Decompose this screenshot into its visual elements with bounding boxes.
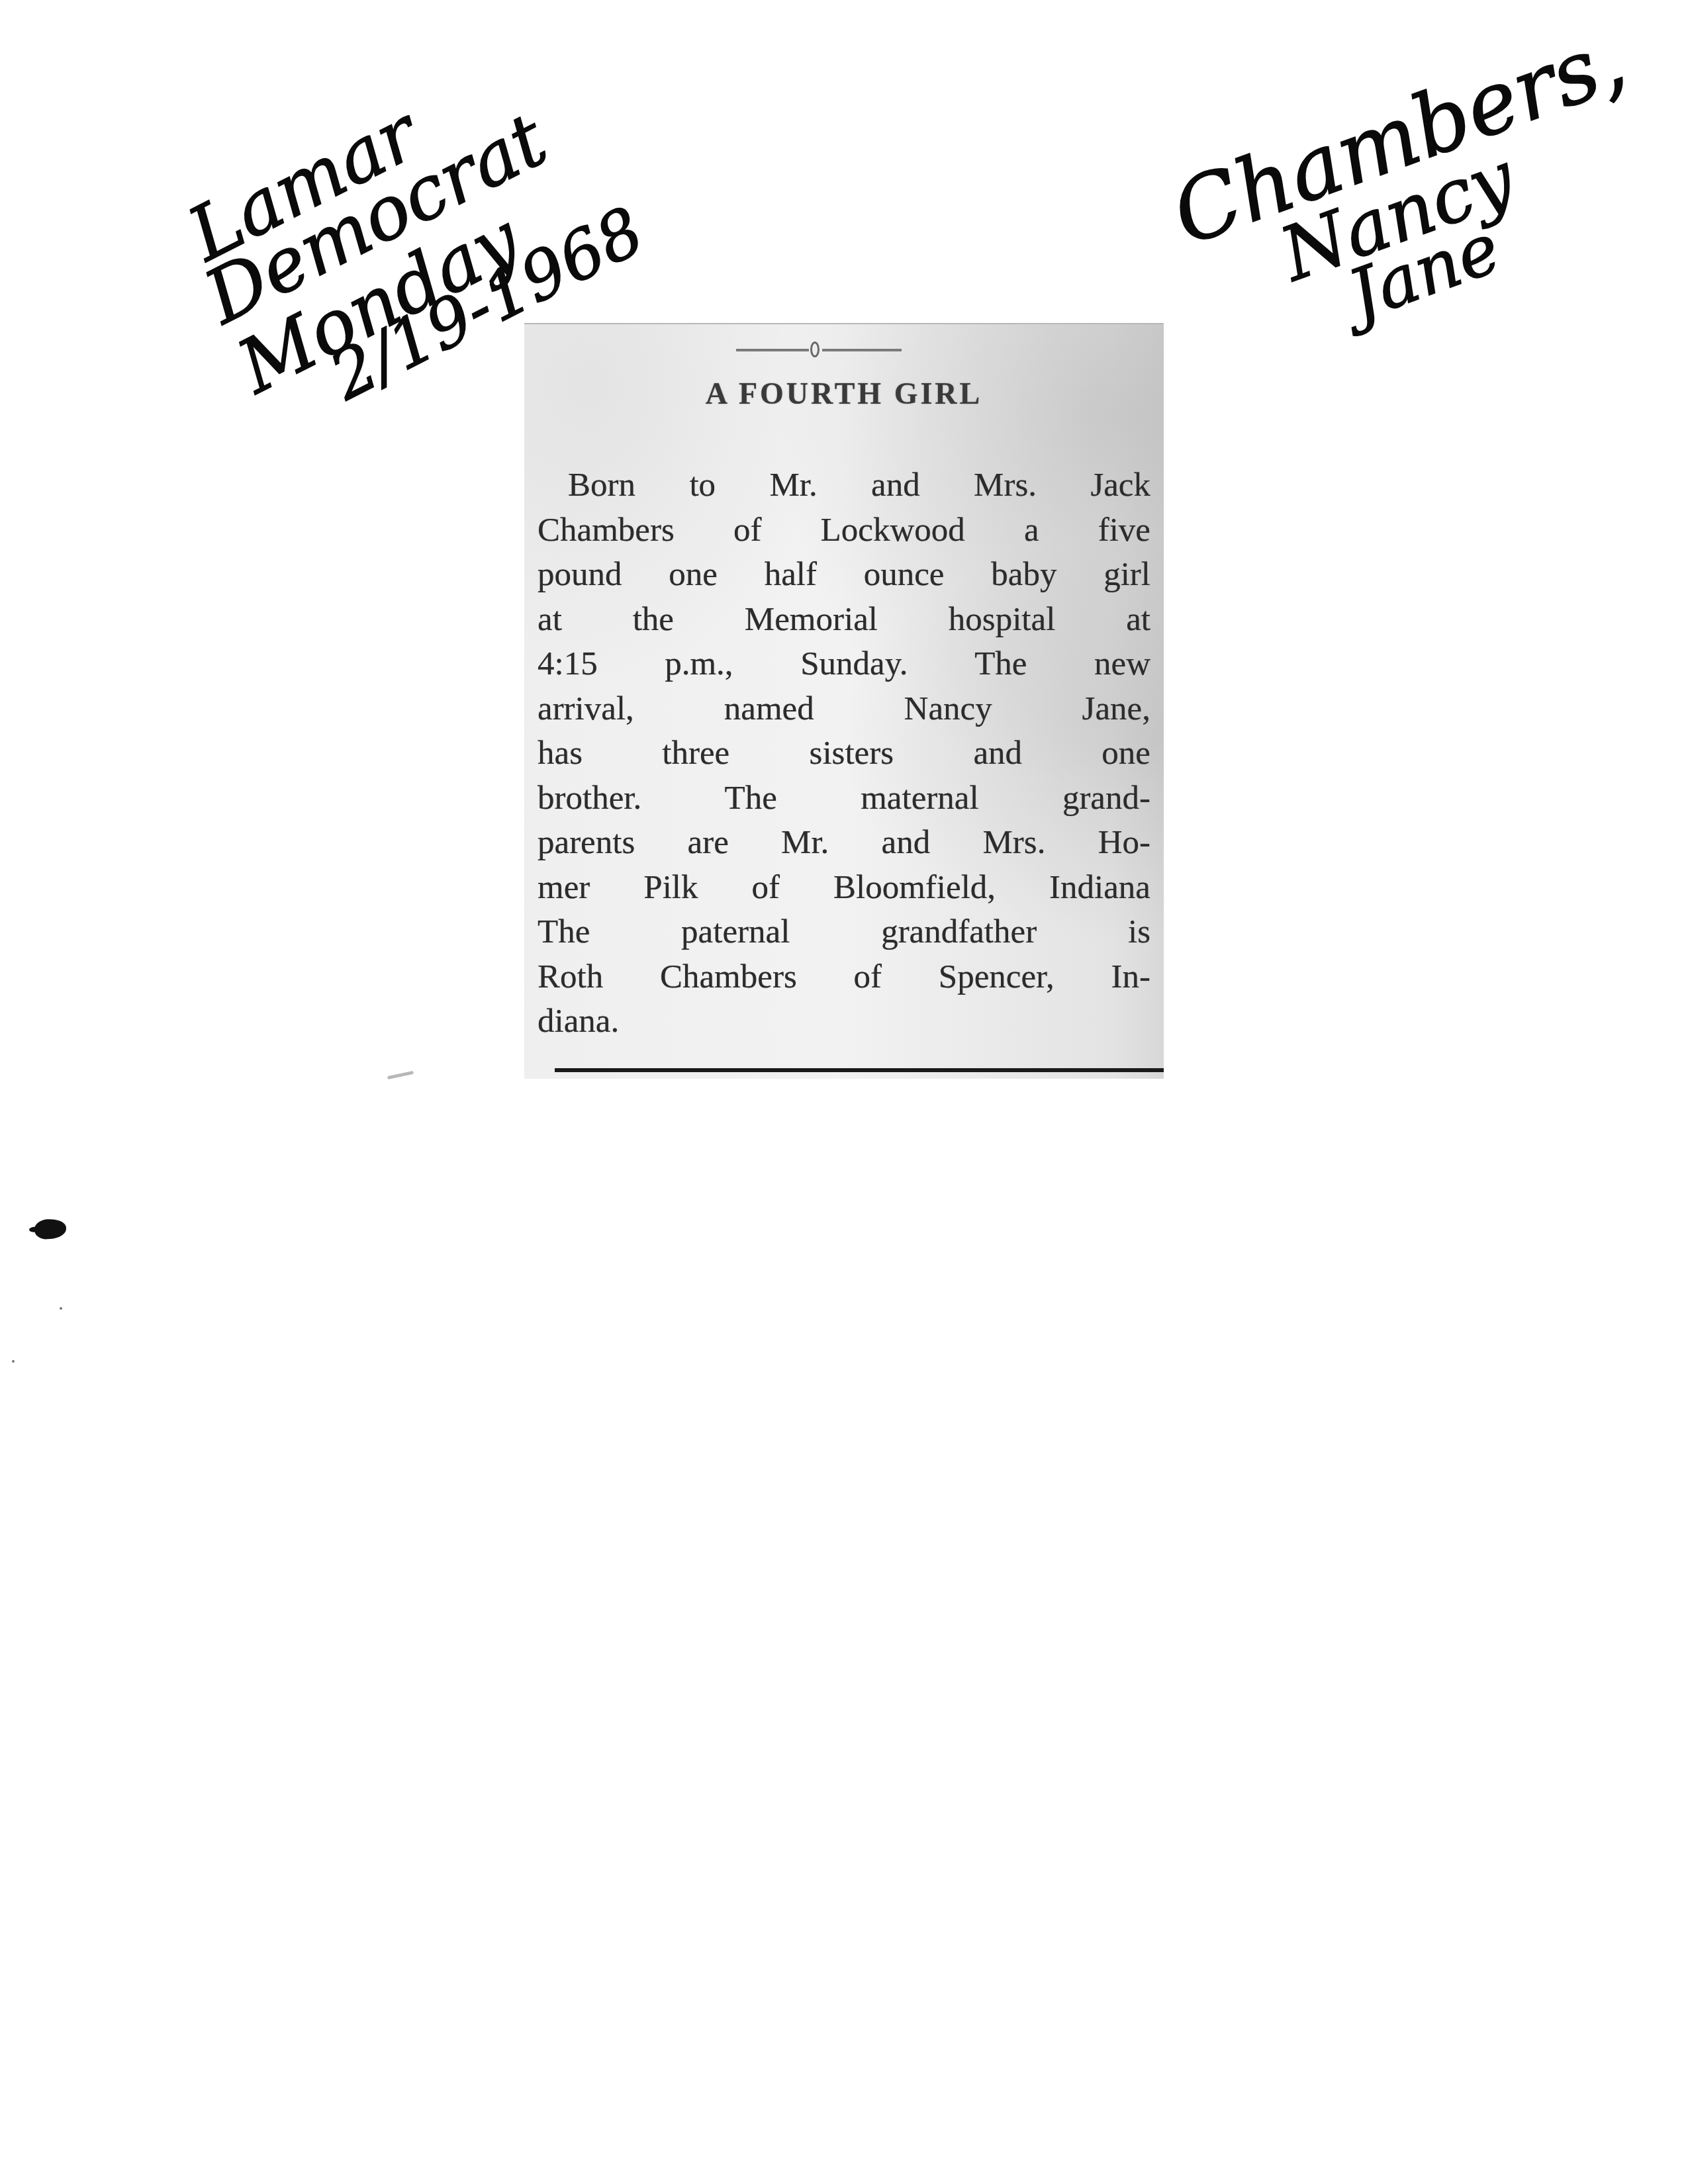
body-line: diana. [538, 999, 1150, 1044]
body-line: has three sisters and one [538, 731, 1150, 776]
body-line: mer Pilk of Bloomfield, Indiana [538, 866, 1150, 911]
scan-speck [60, 1307, 62, 1310]
ornament-divider-icon [736, 340, 902, 360]
scan-speck [12, 1360, 15, 1363]
body-line: at the Memorial hospital at [538, 598, 1150, 643]
body-line: The paternal grandfather is [538, 910, 1150, 955]
scan-smudge [387, 1071, 414, 1079]
ink-blot-mark [34, 1218, 67, 1240]
clipping-bottom-rule [555, 1068, 1164, 1072]
body-line: 4:15 p.m., Sunday. The new [538, 642, 1150, 687]
body-line: pound one half ounce baby girl [538, 553, 1150, 598]
newspaper-clipping: A FOURTH GIRL Born to Mr. and Mrs. Jack … [524, 323, 1164, 1079]
scanned-page: Lamar Democrat Monday 2/19-1968 Chambers… [0, 0, 1688, 2184]
body-line: brother. The maternal grand- [538, 776, 1150, 821]
clipping-headline: A FOURTH GIRL [524, 376, 1164, 411]
body-line: parents are Mr. and Mrs. Ho- [538, 821, 1150, 866]
clipping-body: Born to Mr. and Mrs. Jack Chambers of Lo… [538, 463, 1150, 1044]
body-line: Born to Mr. and Mrs. Jack [538, 463, 1150, 508]
body-line: Roth Chambers of Spencer, In- [538, 955, 1150, 1000]
body-line: arrival, named Nancy Jane, [538, 687, 1150, 732]
body-line: Chambers of Lockwood a five [538, 508, 1150, 553]
